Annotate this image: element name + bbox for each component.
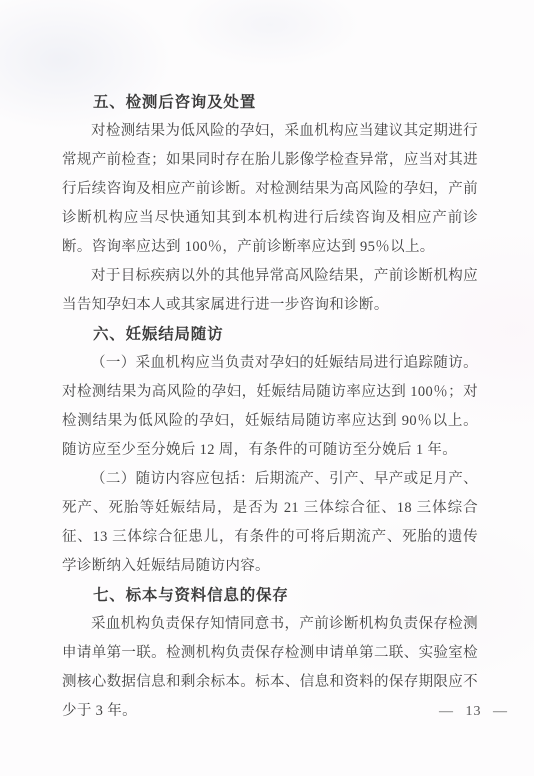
section-heading-pregnancy-outcome-followup: 六、妊娠结局随访 [62,320,478,349]
section-heading-sample-data-retention: 七、标本与资料信息的保存 [62,581,478,610]
document-text-block: 五、检测后咨询及处置 对检测结果为低风险的孕妇，采血机构应当建议其定期进行常规产… [62,88,478,726]
scanned-document-page: 五、检测后咨询及处置 对检测结果为低风险的孕妇，采血机构应当建议其定期进行常规产… [0,0,534,776]
paragraph-retention-responsibilities: 采血机构负责保存知情同意书，产前诊断机构负责保存检测申请单第一联。检测机构负责保… [62,610,478,726]
paragraph-followup-content: （二）随访内容应包括：后期流产、引产、早产或足月产、死产、死胎等妊娠结局，是否为… [62,465,478,581]
paragraph-other-abnormal-results: 对于目标疾病以外的其他异常高风险结果，产前诊断机构应当告知孕妇本人或其家属进行进… [62,262,478,320]
paragraph-low-high-risk-counseling: 对检测结果为低风险的孕妇，采血机构应当建议其定期进行常规产前检查；如果同时存在胎… [62,117,478,262]
section-heading-post-test-counseling: 五、检测后咨询及处置 [62,88,478,117]
page-number: — 13 — [439,704,508,720]
paragraph-followup-rates: （一）采血机构应当负责对孕妇的妊娠结局进行追踪随访。对检测结果为高风险的孕妇，妊… [62,349,478,465]
